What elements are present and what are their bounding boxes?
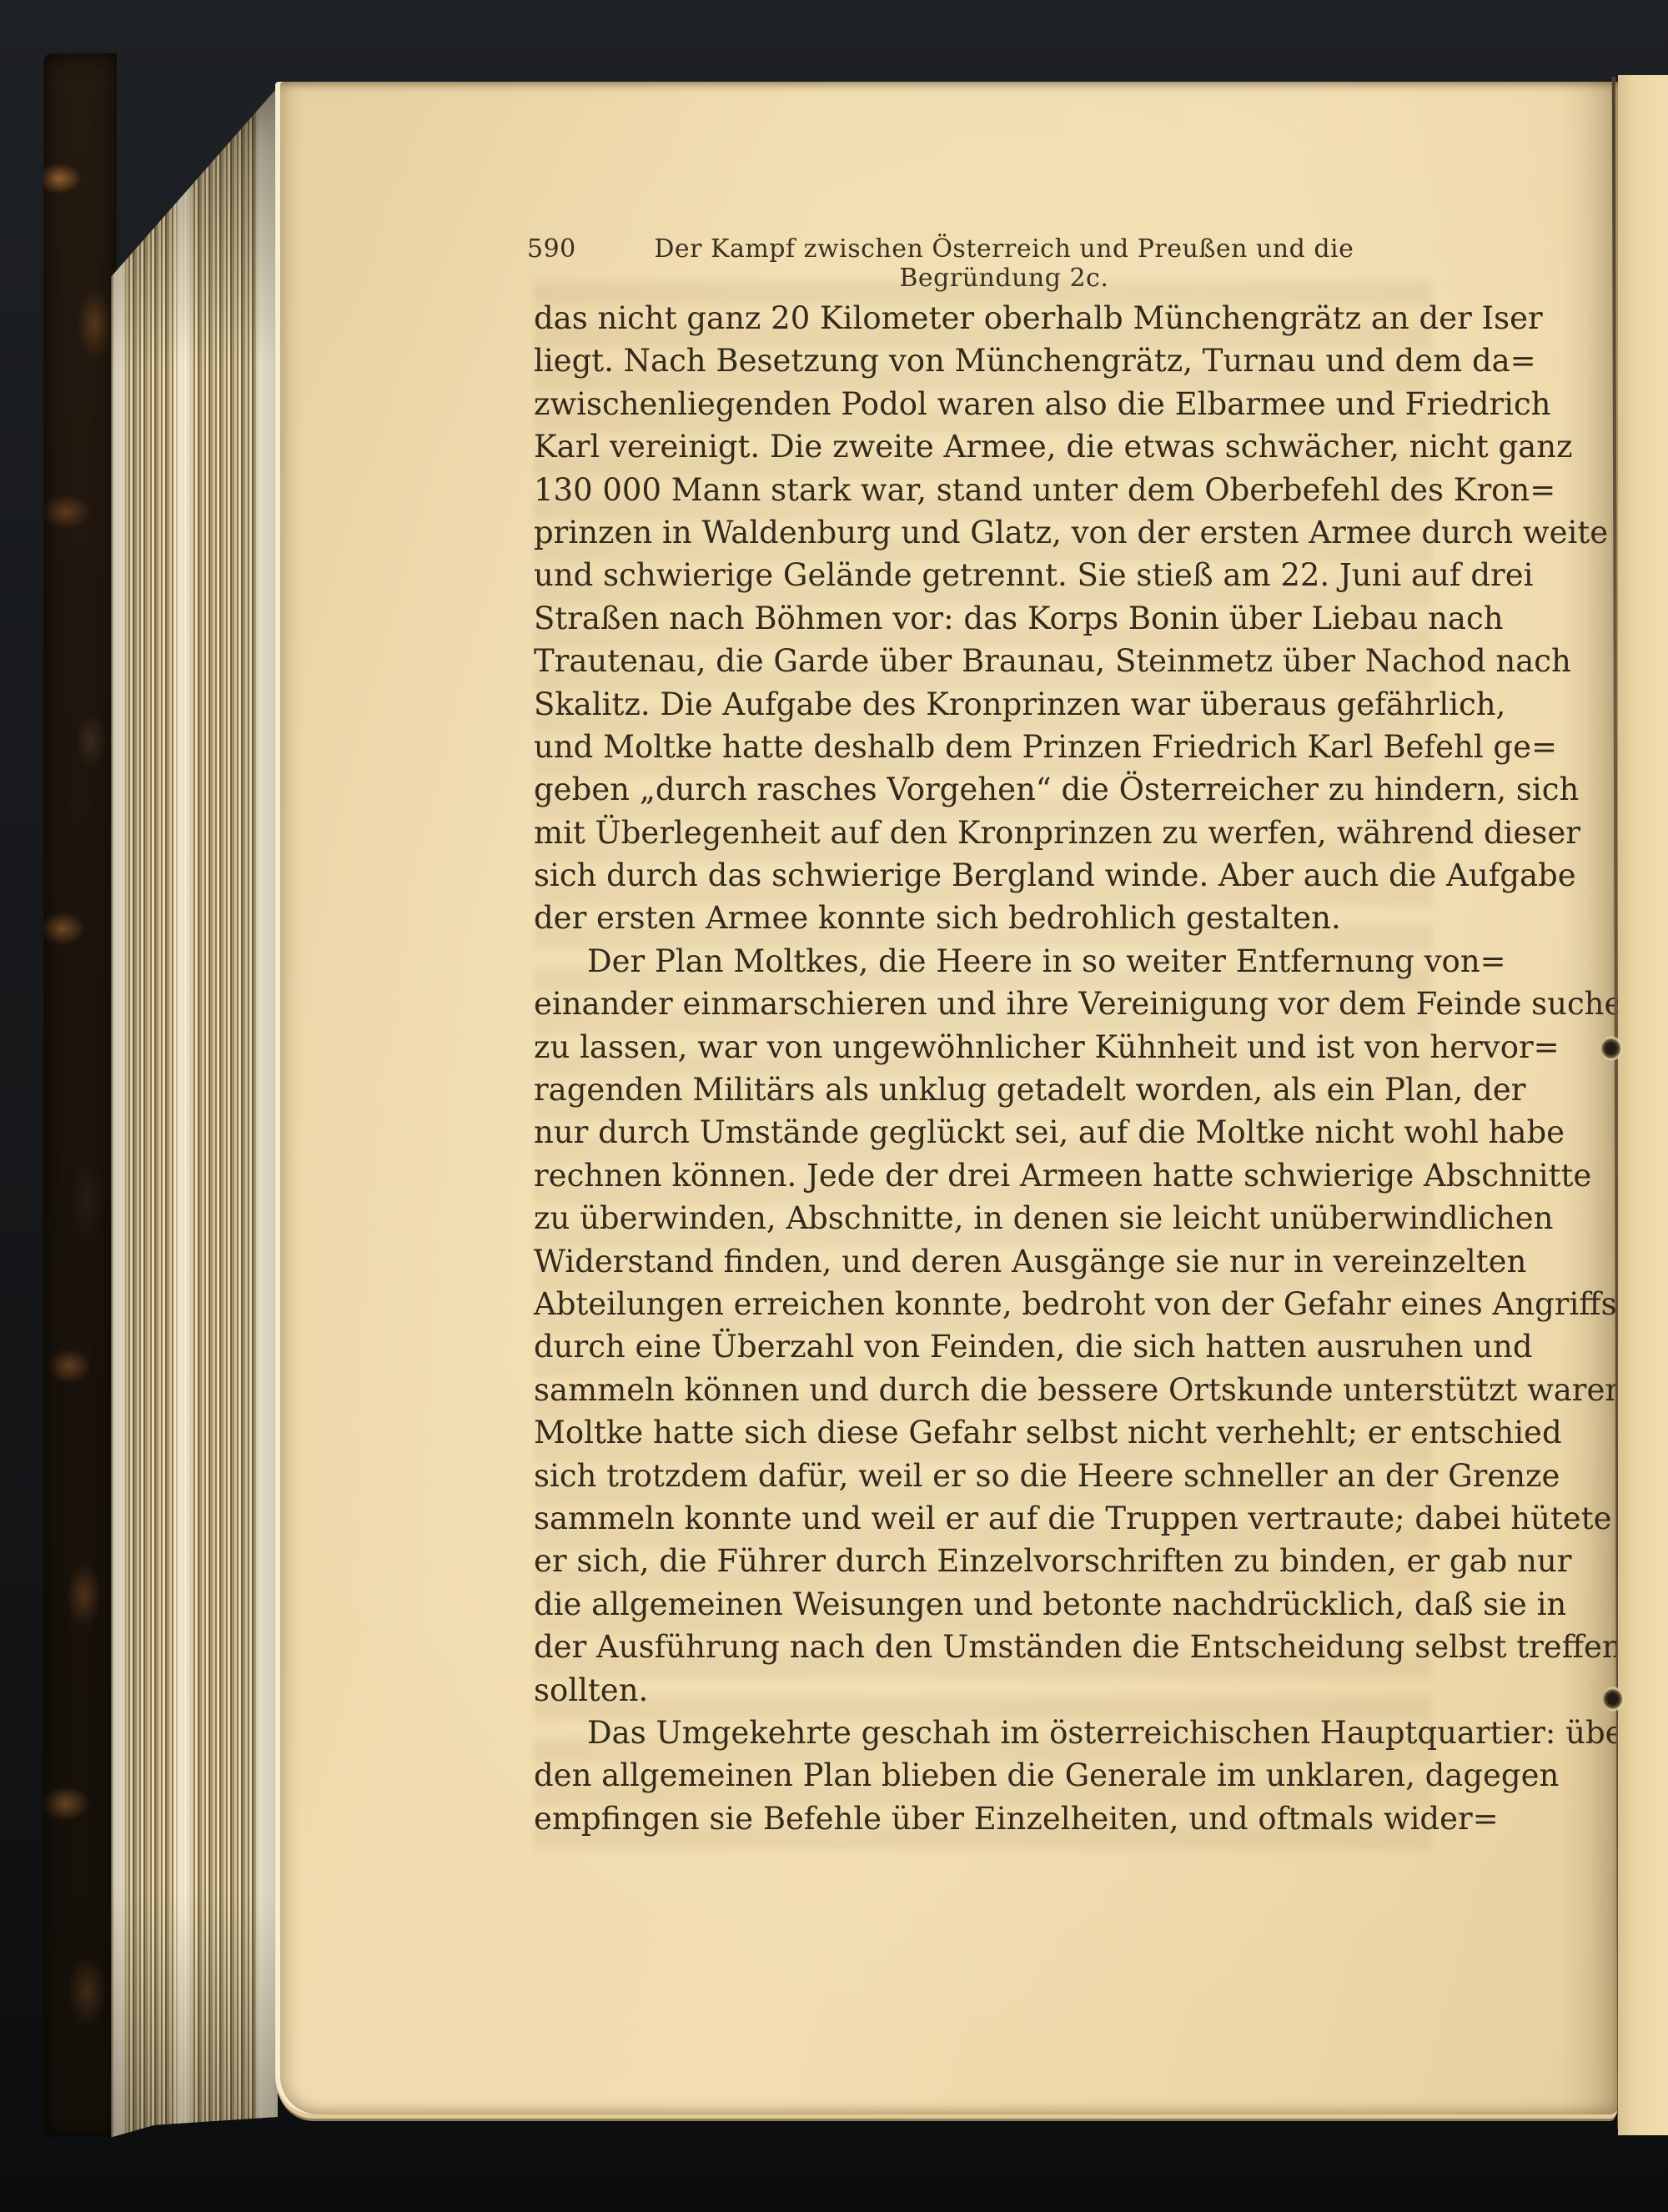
text-line: prinzen in Waldenburg und Glatz, von der… [534,511,1432,554]
text-line: nur durch Umstände geglückt sei, auf die… [534,1111,1432,1154]
text-line: zwischenliegenden Podol waren also die E… [534,383,1432,425]
text-line: Moltke hatte sich diese Gefahr selbst ni… [534,1411,1432,1454]
text-line: 130 000 Mann stark war, stand unter dem … [534,469,1432,511]
text-line: das nicht ganz 20 Kilometer oberhalb Mün… [534,297,1432,339]
text-line: die allgemeinen Weisungen und betonte na… [534,1583,1432,1626]
text-line: empfingen sie Befehle über Einzelheiten,… [534,1797,1432,1840]
sewing-hole-lower [1603,1687,1625,1712]
text-line: der ersten Armee konnte sich bedrohlich … [534,897,1432,939]
text-line: zu lassen, war von ungewöhnlicher Kühnhe… [534,1026,1432,1068]
text-line: Karl vereinigt. Die zweite Armee, die et… [534,425,1432,468]
text-line: Der Plan Moltkes, die Heere in so weiter… [534,940,1432,983]
text-line: er sich, die Führer durch Einzelvorschri… [534,1540,1432,1582]
adjacent-page-edge [1618,75,1668,2135]
text-line: und Moltke hatte deshalb dem Prinzen Fri… [534,726,1432,768]
text-line: ragenden Militärs als unklug getadelt wo… [534,1068,1432,1111]
page-header: 590 Der Kampf zwischen Österreich und Pr… [527,234,1432,293]
text-line: Trautenau, die Garde über Braunau, Stein… [534,640,1432,682]
page-stack-fore-edges [111,79,278,2139]
text-line: sich durch das schwierige Bergland winde… [534,854,1432,897]
text-line: Abteilungen erreichen konnte, bedroht vo… [534,1283,1432,1325]
text-line: sollten. [534,1669,1432,1712]
body-text-block: das nicht ganz 20 Kilometer oberhalb Mün… [534,297,1432,1840]
text-line: Straßen nach Böhmen vor: das Korps Bonin… [534,597,1432,640]
book-cover-marbled-edge [43,53,117,2138]
text-line: sich trotzdem dafür, weil er so die Heer… [534,1455,1432,1497]
text-line: rechnen können. Jede der drei Armeen hat… [534,1154,1432,1197]
page-number: 590 [527,234,576,264]
text-line: zu überwinden, Abschnitte, in denen sie … [534,1197,1432,1239]
text-line: liegt. Nach Besetzung von Münchengrätz, … [534,339,1432,382]
text-line: den allgemeinen Plan blieben die General… [534,1754,1432,1797]
text-line: Das Umgekehrte geschah im österreichisch… [534,1712,1432,1754]
text-line: Skalitz. Die Aufgabe des Kronprinzen war… [534,683,1432,726]
text-line: einander einmarschieren und ihre Vereini… [534,983,1432,1025]
text-line: geben „durch rasches Vorgehen“ die Öster… [534,768,1432,811]
text-line: der Ausführung nach den Umständen die En… [534,1626,1432,1668]
sewing-hole-upper [1601,1036,1623,1061]
text-line: sammeln können und durch die bessere Ort… [534,1369,1432,1411]
text-line: sammeln konnte und weil er auf die Trupp… [534,1497,1432,1540]
running-header: Der Kampf zwischen Österreich und Preuße… [576,234,1432,293]
book-photo: 590 Der Kampf zwischen Österreich und Pr… [0,0,1668,2212]
text-line: Widerstand finden, und deren Ausgänge si… [534,1240,1432,1283]
text-line: mit Überlegenheit auf den Kronprinzen zu… [534,812,1432,854]
text-line: durch eine Überzahl von Feinden, die sic… [534,1325,1432,1368]
text-line: und schwierige Gelände getrennt. Sie sti… [534,554,1432,596]
